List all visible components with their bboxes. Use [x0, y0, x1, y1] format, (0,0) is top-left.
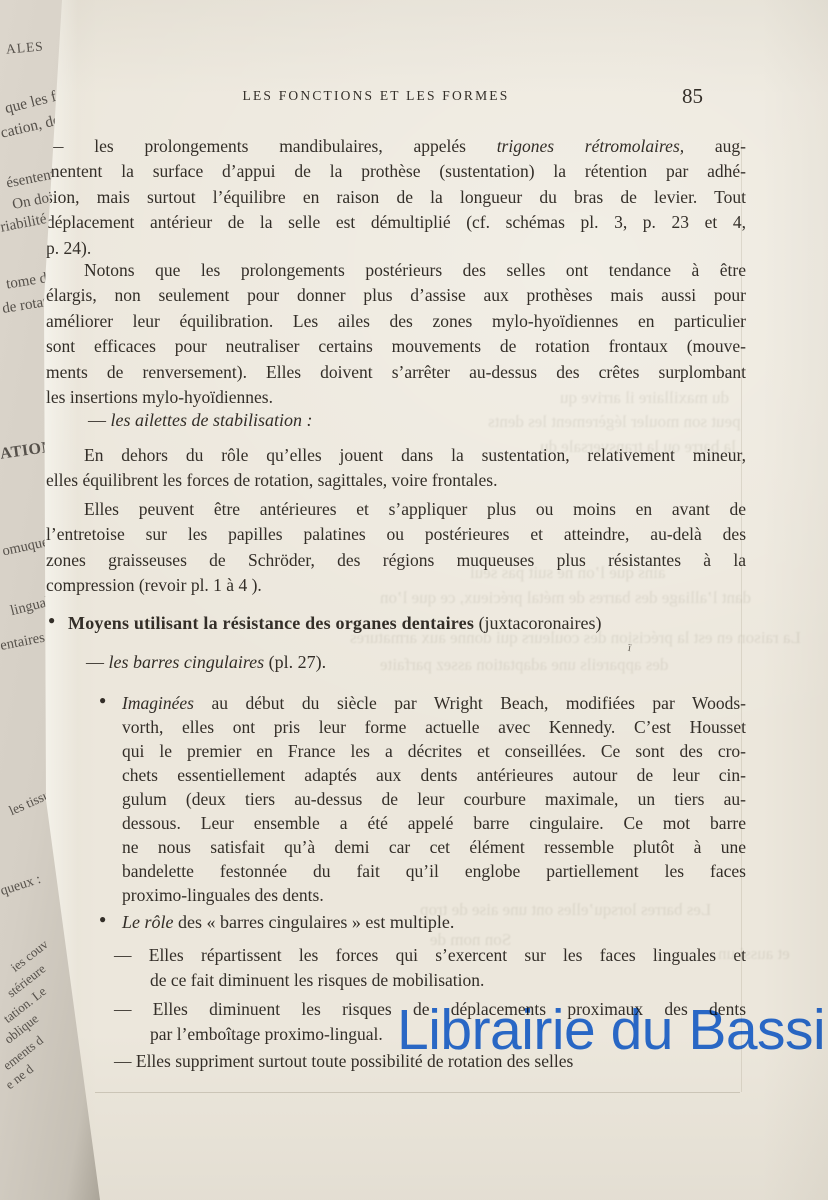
edge-text-fragment: ALES [5, 38, 44, 57]
text-line: proximo-linguales des dents. [122, 883, 746, 907]
edge-text-fragment: e ne d [2, 1061, 36, 1093]
text-line: élargis, non seulement pour donner plus … [46, 283, 746, 308]
text-line: vorth, elles ont pris leur forme actuell… [122, 715, 746, 739]
text-line: sont efficaces pour neutraliser certains… [46, 334, 746, 359]
text-line: — les ailettes de stabilisation : [88, 408, 728, 433]
paragraph-imaginees: ● Imaginées au début du siècle par Wrigh… [122, 691, 746, 907]
text-line: les insertions mylo-hyoïdiennes. [46, 385, 746, 410]
watermark-text: Librairie du Bassin [397, 997, 828, 1063]
text-line: dessous. Leur ensemble a été appelé barr… [122, 811, 746, 835]
list-item-ailettes: — les ailettes de stabilisation : [88, 408, 728, 433]
text-line: Le rôle des « barres cingulaires » est m… [122, 910, 746, 935]
text-line: zones graisseuses de Schröder, des régio… [46, 548, 746, 573]
text-line: En dehors du rôle qu’elles jouent dans l… [46, 443, 746, 468]
text-line: sion, mais surtout l’équilibre en raison… [46, 185, 746, 210]
edge-text-fragment: queux : [0, 872, 43, 900]
edge-text-fragment: tation. Le [0, 983, 49, 1026]
text-line: l’entretoise sur les papilles palatines … [46, 522, 746, 547]
paragraph-prolongements: — les prolongements mandibulaires, appel… [46, 134, 746, 261]
page-number: 85 [682, 84, 703, 109]
text-line: déplacement antérieur de la selle est dé… [46, 210, 746, 235]
text-line: gulum (deux tiers au-dessus de leur cour… [122, 787, 746, 811]
role-list-item-1: — Elles répartissent les forces qui s’ex… [114, 943, 746, 994]
text-line: Moyens utilisant la résistance des organ… [68, 611, 748, 636]
edge-text-fragment: ements d [0, 1032, 47, 1073]
text-line: — Elles répartissent les forces qui s’ex… [114, 943, 746, 968]
edge-text-fragment: stérieure [4, 961, 49, 1001]
bullet-icon: ● [99, 693, 106, 708]
text-line: qui le premier en France les a décrites … [122, 739, 746, 763]
paragraph-elles-peuvent: Elles peuvent être antérieures et s’appl… [46, 497, 746, 599]
text-line: — les barres cingulaires (pl. 27). [86, 650, 726, 675]
bullet-icon: ● [99, 912, 106, 927]
text-line: ne nous satisfait qu’à demi car cet élém… [122, 835, 746, 859]
bullet-icon: ● [48, 613, 55, 628]
text-line: Imaginées au début du siècle par Wright … [122, 691, 746, 715]
edge-text-fragment: ies couv [8, 936, 52, 975]
edge-text-fragment: les tissu [7, 787, 53, 819]
text-line: compression (revoir pl. 1 à 4 ). [46, 573, 746, 598]
text-line: bandelette festonnée du fait qu’il englo… [122, 859, 746, 883]
show-through-rule [95, 1092, 740, 1093]
list-item-barres-cingulaires: — les barres cingulaires (pl. 27). [86, 650, 726, 675]
section-heading-moyens: ● Moyens utilisant la résistance des org… [68, 611, 748, 636]
paragraph-en-dehors: En dehors du rôle qu’elles jouent dans l… [46, 443, 746, 494]
text-line: améliorer leur équilibration. Les ailes … [46, 309, 746, 334]
text-line: ments de renversement). Elles doivent s’… [46, 360, 746, 385]
text-line: mentent la surface d’appui de la prothès… [46, 159, 746, 184]
running-header: LES FONCTIONS ET LES FORMES [26, 88, 726, 104]
text-line: Notons que les prolongements postérieurs… [46, 258, 746, 283]
text-line: chets essentiellement adaptés aux dents … [122, 763, 746, 787]
paragraph-le-role: ● Le rôle des « barres cingulaires » est… [122, 910, 746, 935]
text-line: — les prolongements mandibulaires, appel… [46, 134, 746, 159]
edge-text-fragment: entaires : [0, 628, 54, 655]
book-page-photo: du maxillaire il arrive qupeut son moule… [0, 0, 828, 1200]
edge-text-fragment: oblique [1, 1011, 42, 1048]
paragraph-notons: Notons que les prolongements postérieurs… [46, 258, 746, 410]
text-line: elles équilibrent les forces de rotation… [46, 468, 746, 493]
text-line: de ce fait diminuent les risques de mobi… [150, 968, 746, 993]
text-line: Elles peuvent être antérieures et s’appl… [46, 497, 746, 522]
